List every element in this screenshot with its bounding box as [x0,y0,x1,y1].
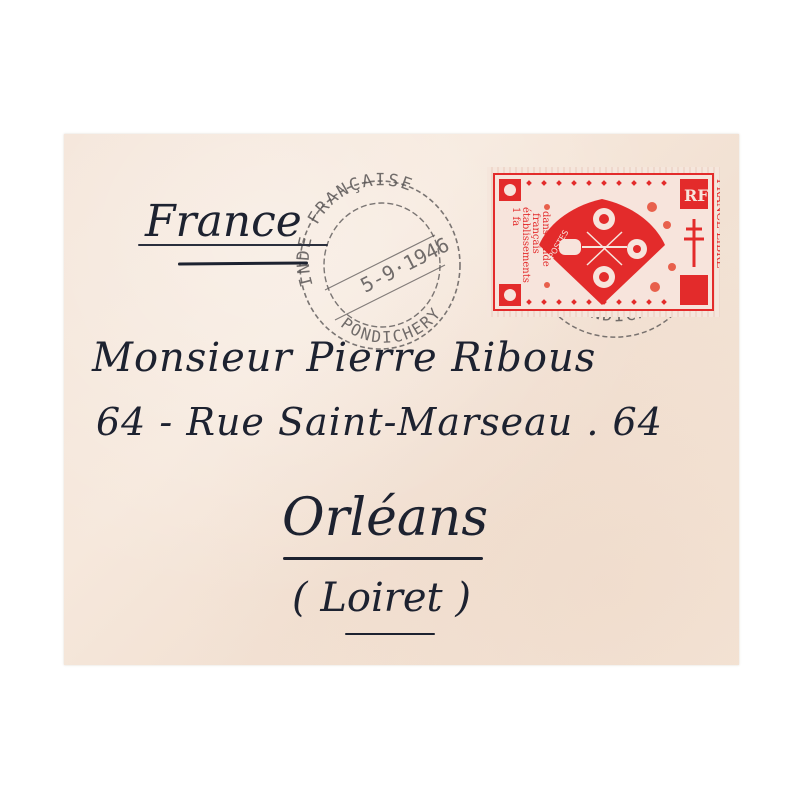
stamp-text-2: français [530,213,541,254]
destination-country: France [145,196,302,247]
postmark-date: 5-9·1946 [356,232,453,297]
region-underline [345,633,435,635]
stamp-text-3: dans l'Inde [540,211,551,267]
region: ( Loiret ) [292,575,471,621]
postage-stamp: RF FRANCE LIBRE établissements français … [487,167,720,317]
city-underline [283,557,483,560]
country-underline-thin [138,244,328,246]
street-address: 64 - Rue Saint-Marseau . 64 [96,400,663,444]
stamp-france-libre: FRANCE LIBRE [714,179,720,268]
stamp-design: RF FRANCE LIBRE établissements français … [487,167,720,317]
city: Orléans [282,488,488,548]
recipient-name: Monsieur Pierre Ribous [92,335,596,381]
stamp-monogram: RF [684,186,709,205]
stamp-value: 1 fa [510,207,521,226]
